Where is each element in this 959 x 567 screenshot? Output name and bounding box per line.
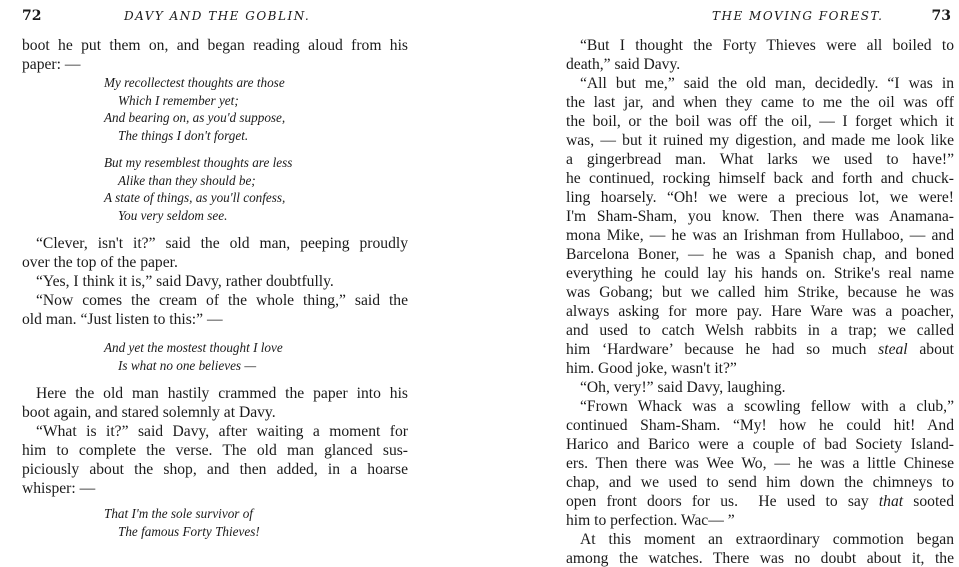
verse-line: And yet the mostest thought I love [22, 339, 408, 357]
text-line: Barcelona Boner, — he was a Spanish chap… [566, 245, 954, 264]
text-line: piciously about the shop, and then added… [22, 460, 408, 479]
text-line: boot again, and stared solemnly at Davy. [22, 403, 408, 422]
text-line: “All but me,” said the old man, decidedl… [566, 74, 954, 93]
verse-line: That I'm the sole survivor of [22, 505, 408, 523]
text-segment: sooted [903, 493, 954, 510]
text-line: Harico and Barico were a couple of bad S… [566, 435, 954, 454]
right-page: THE MOVING FOREST. 73 “But I thought the… [560, 0, 959, 567]
text-segment: about [908, 341, 954, 358]
running-title: DAVY AND THE GOBLIN. [124, 9, 310, 23]
verse-line: But my resemblest thoughts are less [22, 154, 408, 172]
text-line: old man. “Just listen to this:” — [22, 310, 408, 329]
text-line: “Yes, I think it is,” said Davy, rather … [22, 272, 408, 291]
text-line: was, — but it ruined my digestion, and m… [566, 131, 954, 150]
text-line: ers. Then there was Wee Wo, — he was a l… [566, 454, 954, 473]
verse-stanza: And yet the mostest thought I love Is wh… [22, 339, 408, 374]
text-line: among the watches. There was no doubt ab… [566, 549, 954, 567]
text-line-with-italic: open front doors for us. He used to say … [566, 492, 954, 511]
text-line: chap, and we used to send him down the c… [566, 473, 954, 492]
spacer [22, 144, 408, 154]
page-number: 73 [932, 8, 951, 24]
text-line: “Clever, isn't it?” said the old man, pe… [22, 234, 408, 253]
verse-line: You very seldom see. [22, 207, 408, 225]
text-line: “What is it?” said Davy, after waiting a… [22, 422, 408, 441]
spacer [22, 498, 408, 505]
verse-line: The things I don't forget. [22, 127, 408, 145]
page-body: boot he put them on, and began reading a… [22, 36, 408, 540]
text-line: I'm Sham-Sham, you know. Then there was … [566, 207, 954, 226]
text-line: death,” said Davy. [566, 55, 954, 74]
text-line: the last jar, and when they came to me t… [566, 93, 954, 112]
text-segment: open front doors for us. He used to say [566, 493, 879, 510]
text-line: boot he put them on, and began reading a… [22, 36, 408, 55]
text-line: was Gobang; but we called him Strike, be… [566, 283, 954, 302]
text-line: “Oh, very!” said Davy, laughing. [566, 378, 954, 397]
text-line: continued Sham-Sham. “My! how he could h… [566, 416, 954, 435]
text-line: “But I thought the Forty Thieves were al… [566, 36, 954, 55]
text-line: ling hoarsely. “Oh! we were a precious l… [566, 188, 954, 207]
text-segment: him ‘Hardware’ because he had so much [566, 341, 878, 358]
verse-line: Which I remember yet; [22, 92, 408, 110]
verse-line: A state of things, as you'll confess, [22, 189, 408, 207]
text-line: he continued, rocking himself back and f… [566, 169, 954, 188]
text-line: mona Mike, — he was an Irishman from Hul… [566, 226, 954, 245]
verse-stanza: But my resemblest thoughts are less Alik… [22, 154, 408, 224]
text-line: “Frown Whack was a scowling fellow with … [566, 397, 954, 416]
verse-line: My recollectest thoughts are those [22, 74, 408, 92]
spacer [22, 224, 408, 234]
spacer [22, 374, 408, 384]
text-line: paper: — [22, 55, 408, 74]
left-page: 72 DAVY AND THE GOBLIN. boot he put them… [0, 0, 420, 567]
verse-line: The famous Forty Thieves! [22, 523, 408, 541]
text-line: him. Good joke, wasn't it?” [566, 359, 954, 378]
text-line-with-italic: him ‘Hardware’ because he had so much st… [566, 340, 954, 359]
text-line: Here the old man hastily crammed the pap… [22, 384, 408, 403]
italic-word: steal [878, 341, 907, 358]
verse-line: And bearing on, as you'd suppose, [22, 109, 408, 127]
text-line: him to perfection. Wac— ” [566, 511, 954, 530]
text-line: whisper: — [22, 479, 408, 498]
text-line: him to complete the verse. The old man g… [22, 441, 408, 460]
verse-stanza: That I'm the sole survivor of The famous… [22, 505, 408, 540]
text-line: “Now comes the cream of the whole thing,… [22, 291, 408, 310]
verse-stanza: My recollectest thoughts are those Which… [22, 74, 408, 144]
verse-line: Alike than they should be; [22, 172, 408, 190]
text-line: and used to catch Welsh rabbits in a tra… [566, 321, 954, 340]
spacer [22, 329, 408, 339]
verse-line: Is what no one believes — [22, 357, 408, 375]
italic-word: that [879, 493, 903, 510]
text-line: everything he could lay his hands on. St… [566, 264, 954, 283]
text-line: over the top of the paper. [22, 253, 408, 272]
running-title: THE MOVING FOREST. [712, 9, 884, 23]
page-body: “But I thought the Forty Thieves were al… [566, 36, 954, 567]
text-line: a gingerbread man. What larks we used to… [566, 150, 954, 169]
text-line: always asking for more pay. Hare Ware wa… [566, 302, 954, 321]
text-line: the boil, or the boil was off the oil, —… [566, 112, 954, 131]
text-line: At this moment an extraordinary commotio… [566, 530, 954, 549]
page-number: 72 [22, 8, 41, 24]
